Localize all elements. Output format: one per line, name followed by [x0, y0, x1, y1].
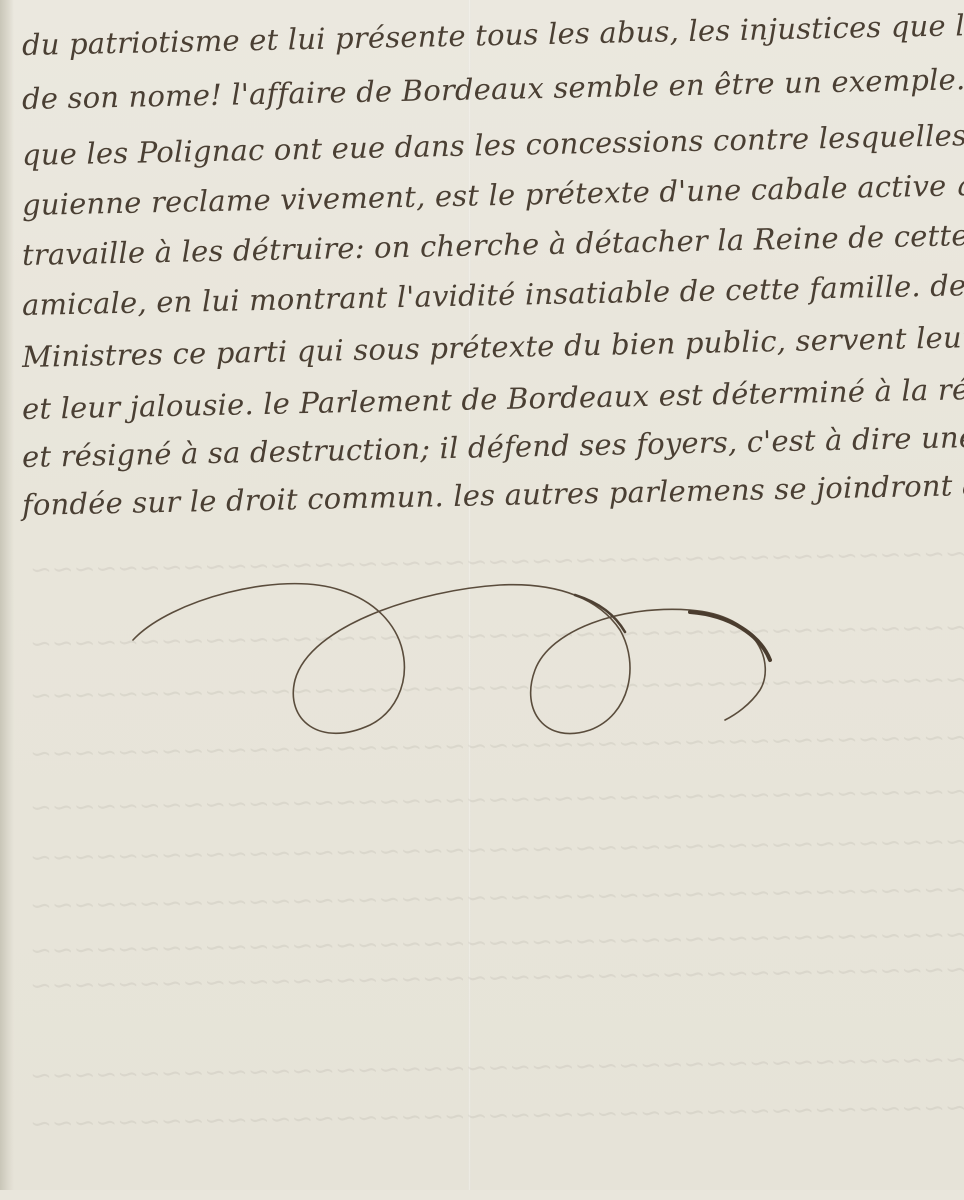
manuscript-page: verso illegible text ~~~~~~~~~~~~~~~~~~~…	[0, 0, 964, 1190]
pen-flourish-icon	[0, 0, 964, 1190]
